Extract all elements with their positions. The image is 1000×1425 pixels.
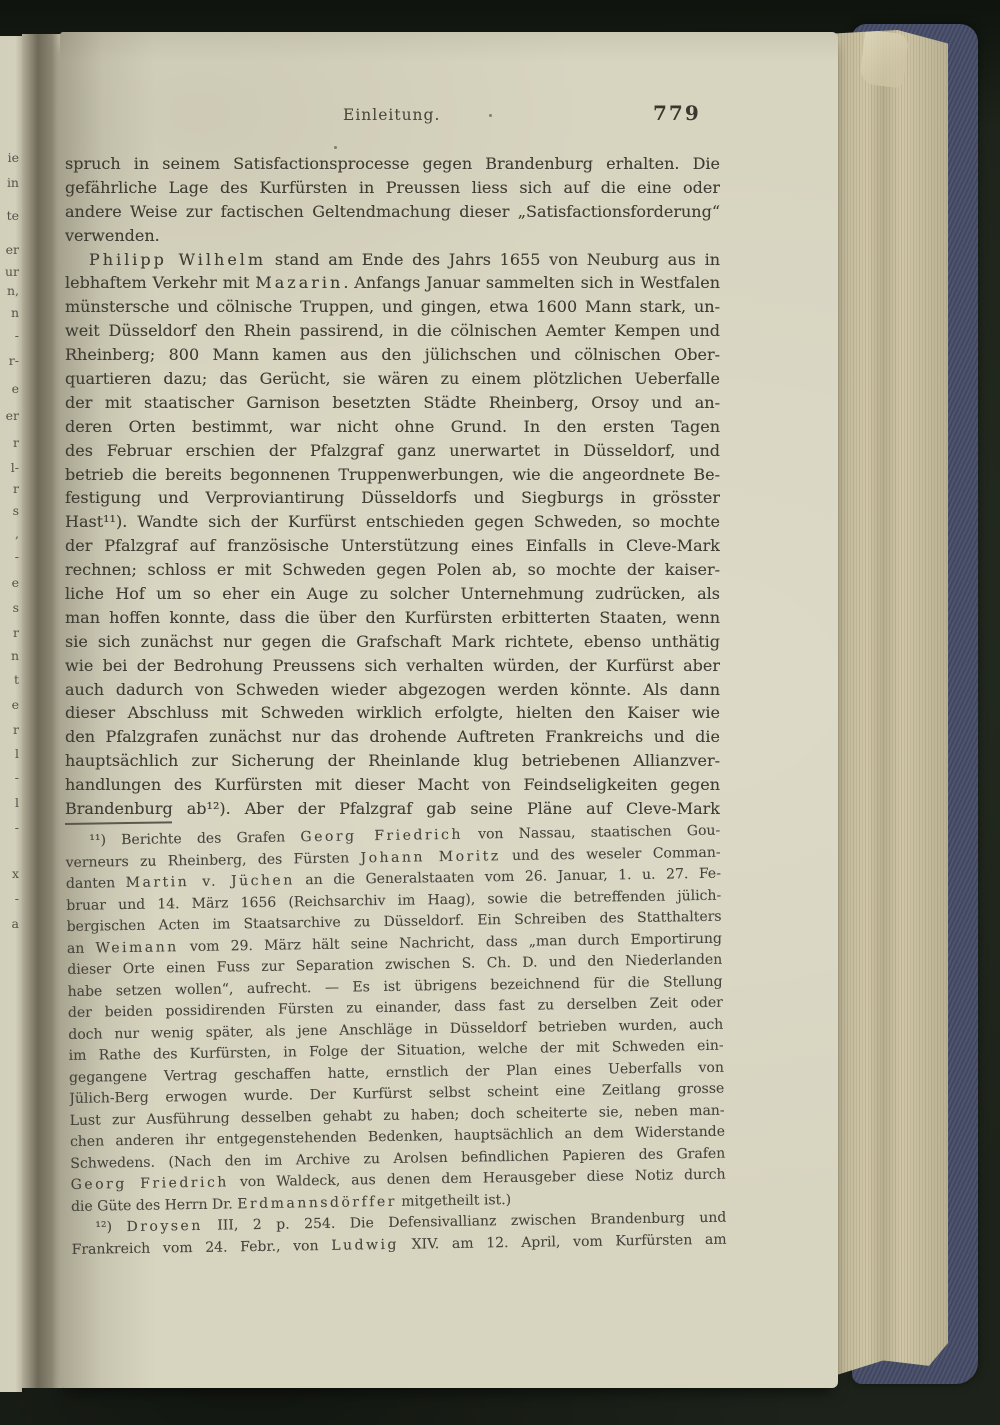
letterspaced-name: Ludwig [331, 1236, 399, 1253]
scan-speck [489, 114, 492, 117]
text-line: weit Düsseldorf den Rhein passirend, in … [65, 319, 720, 343]
text-line: Hast¹¹). Wandte sich der Kurfürst entsch… [65, 510, 720, 534]
edge-letter-fragment: x [12, 868, 19, 880]
running-title: Einleitung. [343, 106, 440, 124]
book-page: Einleitung. 779 spruch in seinem Satisfa… [60, 32, 838, 1388]
edge-letter-fragment: ur [5, 266, 19, 278]
text-line: der mit staatischer Garnison besetzten S… [65, 391, 720, 415]
scan-speck [334, 146, 337, 149]
edge-letter-fragment: n [11, 307, 19, 319]
letterspaced-name: Droysen [126, 1218, 202, 1235]
footnotes-block: ¹¹) Berichte des Grafen Georg Friedrich … [65, 821, 727, 1261]
text-line: hauptsächlich zur Sicherung der Rheinlan… [65, 749, 720, 773]
letterspaced-name: Johann Moritz [360, 848, 500, 866]
edge-letter-fragment: - [15, 772, 19, 784]
text-line: verwenden. [65, 224, 720, 248]
text-line: des Februar erschien der Pfalzgraf ganz … [65, 439, 720, 463]
text-line: festigung und Verproviantirung Düsseldor… [65, 486, 720, 510]
text-line: spruch in seinem Satisfactionsprocesse g… [65, 152, 720, 176]
main-text-block: spruch in seinem Satisfactionsprocesse g… [65, 152, 720, 821]
edge-letter-fragment: , [15, 528, 19, 540]
text-line: münstersche und cölnische Truppen, und g… [65, 295, 720, 319]
text-line: der Pfalzgraf auf französische Unterstüt… [65, 534, 720, 558]
edge-letter-fragment: in [7, 177, 19, 189]
text-line: handlungen des Kurfürsten mit dieser Mac… [65, 773, 720, 797]
text-line: auch dadurch von Schweden wieder abgezog… [65, 678, 720, 702]
edge-letter-fragment: a [12, 918, 19, 930]
letterspaced-name: Philipp Wilhelm [89, 250, 266, 269]
edge-letter-fragment: r [13, 437, 19, 449]
text-line: deren Orten bestimmt, war nicht ohne Gru… [65, 415, 720, 439]
text-line: betrieb die bereits begonnenen Truppenwe… [65, 463, 720, 487]
letterspaced-name: Georg Friedrich [71, 1174, 229, 1192]
text-line: gefährliche Lage des Kurfürsten in Preus… [65, 176, 720, 200]
photographed-book-scene: { "document": {"kind": "scanned book pag… [0, 0, 1000, 1425]
edge-letter-fragment: er [6, 244, 19, 256]
letterspaced-name: Weimann [95, 939, 178, 956]
edge-letter-fragment: s [13, 602, 19, 614]
letterspaced-name: Mazarin [255, 273, 343, 292]
edge-letter-fragment: e [12, 577, 19, 589]
text-line: Philipp Wilhelm stand am Ende des Jahrs … [65, 248, 720, 272]
edge-letter-fragment: t [14, 674, 19, 686]
text-line: liche Hof um so eher ein Auge zu solcher… [65, 582, 720, 606]
page-stack-corner-chip [859, 30, 909, 89]
text-line: sie sich zunächst nur gegen die Grafscha… [65, 630, 720, 654]
edge-letter-fragment: r [13, 724, 19, 736]
edge-letter-fragment: - [15, 330, 19, 342]
page-stack-fore-edge [836, 30, 948, 1378]
edge-letter-fragment: l- [11, 462, 19, 474]
text-line: den Pfalzgrafen zunächst nur das drohend… [65, 725, 720, 749]
letterspaced-name: Georg Friedrich [300, 827, 463, 846]
book-gutter-shadow [22, 34, 62, 1388]
edge-letter-fragment: n [11, 650, 19, 662]
footnote-section: ¹¹) Berichte des Grafen Georg Friedrich … [65, 813, 727, 1261]
footnote-separator-rule [65, 821, 172, 825]
edge-letter-fragment: n, [7, 285, 19, 297]
edge-letter-fragment: er [6, 410, 19, 422]
edge-letter-fragment: r- [9, 355, 19, 367]
letterspaced-name: Erdmannsdörffer [237, 1193, 397, 1212]
text-line: Rheinberg; 800 Mann kamen aus den jülich… [65, 343, 720, 367]
edge-letter-fragment: l [15, 748, 19, 760]
edge-letter-fragment: te [7, 210, 19, 222]
edge-letter-fragment: r [13, 483, 19, 495]
edge-letter-fragment: r [13, 627, 19, 639]
edge-letter-fragment: - [15, 551, 19, 563]
edge-letter-fragment: - [15, 822, 19, 834]
edge-letter-fragment: - [15, 893, 19, 905]
edge-letter-fragment: e [12, 699, 19, 711]
text-line: dieser Abschluss mit Schweden wirklich e… [65, 701, 720, 725]
edge-letter-fragment: l [15, 797, 19, 809]
text-line: lebhaftem Verkehr mit Mazarin. Anfangs J… [65, 271, 720, 295]
edge-letter-fragment: s [13, 505, 19, 517]
edge-letter-fragment: ie [8, 152, 19, 164]
letterspaced-name: Martin v. Jüchen [126, 872, 295, 891]
text-line: quartieren dazu; das Gerücht, sie wären … [65, 367, 720, 391]
text-line: rechnen; schloss er mit Schweden gegen P… [65, 558, 720, 582]
text-line: andere Weise zur factischen Geltendmachu… [65, 200, 720, 224]
text-line: man hoffen konnte, dass die über den Kur… [65, 606, 720, 630]
edge-letter-fragment: e [12, 383, 19, 395]
page-number: 779 [653, 101, 701, 125]
text-line: wie bei der Bedrohung Preussens sich ver… [65, 654, 720, 678]
previous-page-edge: ieinteerurn,n-r-eerrl-rs,-esrnterl-l-x-a [0, 36, 22, 1392]
